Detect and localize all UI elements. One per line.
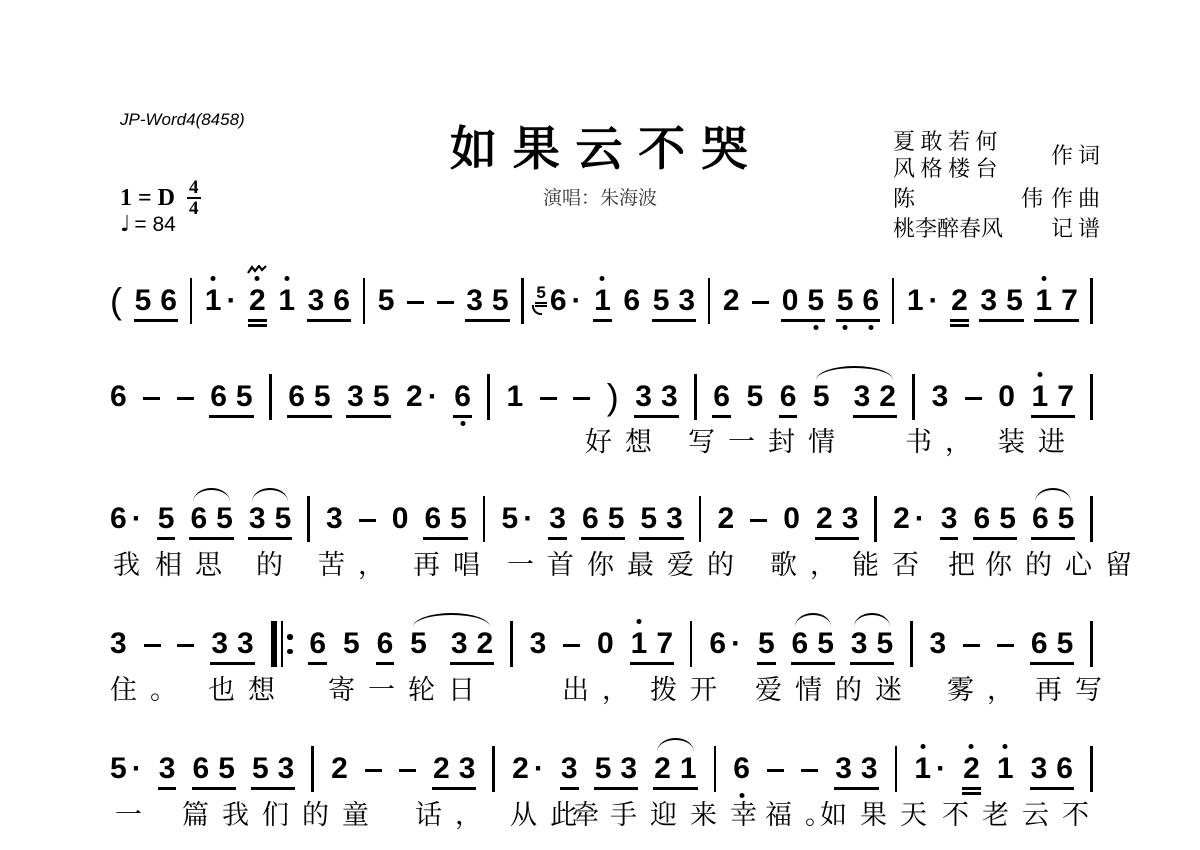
slur-group: 532 bbox=[813, 382, 896, 412]
note-digit-wrap: 5 bbox=[236, 382, 253, 412]
barline bbox=[1090, 374, 1093, 420]
note-digit: 3 bbox=[466, 286, 483, 316]
beamed-note-group: 05 bbox=[782, 286, 824, 316]
note-digit-wrap: 3 bbox=[635, 382, 652, 412]
lyric-text: 能否 bbox=[852, 543, 932, 582]
octave-dot-above bbox=[1037, 372, 1042, 377]
note-digit: 5 bbox=[135, 286, 152, 316]
beamed-note-group: 65 bbox=[792, 629, 834, 659]
note-digit-wrap: 3 bbox=[326, 504, 343, 534]
note-digit: 1 bbox=[594, 286, 611, 316]
slur-group: 65 bbox=[792, 629, 834, 659]
note-digit-wrap: 7 bbox=[1057, 382, 1074, 412]
beamed-note-group: 65 bbox=[193, 754, 235, 784]
note: 5 bbox=[378, 286, 395, 316]
note-digit-wrap: 5 bbox=[1057, 629, 1074, 659]
note: 5· bbox=[110, 754, 142, 784]
barline bbox=[699, 496, 702, 542]
beamed-note-group: 17 bbox=[1032, 382, 1074, 412]
note-digit: 2 bbox=[723, 286, 740, 316]
duration-dash bbox=[177, 644, 194, 647]
note-digit-wrap: 5 bbox=[817, 629, 834, 659]
note: 2 bbox=[249, 286, 266, 316]
note-digit-wrap: 3 bbox=[930, 629, 947, 659]
note-digit: 2 bbox=[717, 504, 734, 534]
note-digit: 5 bbox=[450, 504, 467, 534]
beamed-note-group: 17 bbox=[631, 629, 673, 659]
note: 6 bbox=[377, 629, 394, 659]
beamed-note-group: 32 bbox=[854, 382, 896, 412]
note-digit-wrap: 5 bbox=[110, 754, 127, 784]
note-digit-wrap: 5 bbox=[135, 286, 152, 316]
augmentation-dot: · bbox=[132, 504, 142, 534]
note-digit-wrap: 6 bbox=[193, 754, 210, 784]
note-digit: 5 bbox=[343, 629, 360, 659]
score-line: 5·365532232·353216331·2136 bbox=[110, 750, 1093, 784]
note-digit-wrap: 0 bbox=[998, 382, 1015, 412]
note: 5 bbox=[343, 629, 360, 659]
note-digit: 3 bbox=[530, 629, 547, 659]
duration-dash bbox=[563, 644, 580, 647]
note-digit: 6 bbox=[550, 286, 567, 316]
beamed-note-group: 53 bbox=[252, 754, 294, 784]
note-digit-wrap: 5 bbox=[837, 286, 854, 316]
note-digit-wrap: 3 bbox=[249, 504, 266, 534]
barline bbox=[708, 278, 711, 324]
slur-group: 35 bbox=[249, 504, 291, 534]
note-digit-wrap: 6 bbox=[190, 504, 207, 534]
note-digit-wrap: 3 bbox=[851, 629, 868, 659]
note: 3 bbox=[326, 504, 343, 534]
lyric-text: 出， bbox=[562, 668, 642, 707]
note-digit: 5 bbox=[1058, 504, 1075, 534]
note-digit-wrap: 3 bbox=[678, 286, 695, 316]
note-digit: 6 bbox=[1032, 504, 1049, 534]
note-digit-wrap: 1 bbox=[997, 754, 1014, 784]
note-digit: 3 bbox=[308, 286, 325, 316]
note-digit: 5 bbox=[653, 286, 670, 316]
beamed-note-group: 33 bbox=[635, 382, 677, 412]
barline bbox=[1090, 278, 1093, 324]
note-digit-wrap: 3 bbox=[549, 504, 566, 534]
note: 2 bbox=[951, 286, 968, 316]
octave-dot-above bbox=[600, 276, 605, 281]
lyric-text: 书， bbox=[905, 420, 985, 459]
duration-dash bbox=[965, 397, 982, 400]
note-digit: 1 bbox=[907, 286, 924, 316]
note-digit: 3 bbox=[326, 504, 343, 534]
note: 5 bbox=[813, 382, 830, 412]
note: 6 bbox=[780, 382, 797, 412]
note-digit: 3 bbox=[1031, 754, 1048, 784]
duration-dash bbox=[767, 769, 784, 772]
barline bbox=[910, 621, 913, 667]
beamed-note-group: 65 bbox=[424, 504, 466, 534]
note-digit-wrap: 2 bbox=[893, 504, 910, 534]
note-digit: 3 bbox=[666, 504, 683, 534]
barline bbox=[492, 746, 495, 792]
note-digit-wrap: 6 bbox=[709, 629, 726, 659]
repeat-thin-bar bbox=[281, 621, 283, 667]
note-digit: 3 bbox=[561, 754, 578, 784]
note-digit: 3 bbox=[635, 382, 652, 412]
note: 0 bbox=[783, 504, 800, 534]
slur-group: 65 bbox=[1032, 504, 1074, 534]
beamed-note-group: 65 bbox=[582, 504, 624, 534]
grace-slur-tail bbox=[532, 305, 542, 315]
note-digit-wrap: 0 bbox=[597, 629, 614, 659]
note-digit: 5 bbox=[218, 754, 235, 784]
octave-dot-below bbox=[868, 325, 873, 330]
lyric-text: 写一封情 bbox=[688, 420, 848, 459]
note-digit: 3 bbox=[211, 629, 228, 659]
octave-dot-above bbox=[636, 619, 641, 624]
note-digit-wrap: 6 bbox=[288, 382, 305, 412]
note-digit: 3 bbox=[932, 382, 949, 412]
note-digit: 6 bbox=[623, 286, 640, 316]
note: 2· bbox=[406, 382, 438, 412]
note-digit: 0 bbox=[597, 629, 614, 659]
barline bbox=[892, 278, 895, 324]
note-digit: 5 bbox=[502, 504, 519, 534]
beamed-note-group: 53 bbox=[653, 286, 695, 316]
note: 0 bbox=[998, 382, 1015, 412]
note: 3 bbox=[941, 504, 958, 534]
lyric-text: 不老云不 bbox=[942, 793, 1102, 832]
note-digit: 5 bbox=[608, 504, 625, 534]
lyrics-line: 住。也想寄一轮日出，拨开爱情的迷雾，再写 bbox=[110, 668, 1130, 704]
beamed-note-group: 65 bbox=[288, 382, 330, 412]
beamed-note-group: 53 bbox=[640, 504, 682, 534]
lyric-text: 我 bbox=[113, 543, 153, 582]
note-digit: 6 bbox=[733, 754, 750, 784]
note: 6 bbox=[309, 629, 326, 659]
repeat-thick-bar bbox=[271, 621, 277, 667]
note-digit: 5 bbox=[110, 754, 127, 784]
note-digit: 2 bbox=[406, 382, 423, 412]
note-digit: 3 bbox=[159, 754, 176, 784]
barline bbox=[1090, 746, 1093, 792]
note-digit-wrap: 5 bbox=[1058, 504, 1075, 534]
note-digit-wrap: 3 bbox=[451, 629, 468, 659]
note-digit-wrap: 5 bbox=[378, 286, 395, 316]
note-digit: 6 bbox=[974, 504, 991, 534]
lyric-text: 话， bbox=[415, 793, 495, 832]
note-digit: 6 bbox=[309, 629, 326, 659]
note-digit-wrap: 0 bbox=[782, 286, 799, 316]
note-digit: 7 bbox=[1061, 286, 1078, 316]
note-digit: 2 bbox=[963, 754, 980, 784]
note-digit: 5 bbox=[758, 629, 775, 659]
lyrics-line: 我相思的苦，再唱一首你最爱的歌，能否把你的心留 bbox=[110, 543, 1130, 579]
note-digit: 3 bbox=[110, 629, 127, 659]
beamed-note-group: 35 bbox=[851, 629, 893, 659]
note-digit-wrap: 5 bbox=[502, 504, 519, 534]
lyric-text: 雾， bbox=[947, 668, 1027, 707]
lyric-text: 苦， bbox=[318, 543, 398, 582]
note-digit-wrap: 1 bbox=[507, 382, 524, 412]
note-digit: 6 bbox=[190, 504, 207, 534]
duration-dash bbox=[573, 397, 590, 400]
note-digit-wrap: 5 bbox=[999, 504, 1016, 534]
note-digit: 5 bbox=[492, 286, 509, 316]
beamed-note-group: 65 bbox=[190, 504, 232, 534]
note-digit: 5 bbox=[837, 286, 854, 316]
note-digit: 5 bbox=[807, 286, 824, 316]
note-digit-wrap: 6 bbox=[110, 382, 127, 412]
beamed-note-group: 65 bbox=[1032, 504, 1074, 534]
note-digit: 3 bbox=[930, 629, 947, 659]
note-digit-wrap: 6 bbox=[623, 286, 640, 316]
beamed-note-group: 65 bbox=[1031, 629, 1073, 659]
note-digit: 6 bbox=[862, 286, 879, 316]
note: 5 bbox=[410, 629, 427, 659]
note-digit: 2 bbox=[893, 504, 910, 534]
note: 1 bbox=[278, 286, 295, 316]
beamed-note-group: 32 bbox=[451, 629, 493, 659]
duration-dash bbox=[540, 397, 557, 400]
note-digit-wrap: 5 bbox=[252, 754, 269, 784]
duration-dash bbox=[144, 644, 161, 647]
note-digit-wrap: 3 bbox=[159, 754, 176, 784]
note-digit: 7 bbox=[656, 629, 673, 659]
note-digit-wrap: 6 bbox=[713, 382, 730, 412]
note: 2 bbox=[331, 754, 348, 784]
note-digit: 3 bbox=[842, 504, 859, 534]
note-digit: 0 bbox=[998, 382, 1015, 412]
note-digit-wrap: 6 bbox=[110, 504, 127, 534]
note: 3 bbox=[561, 754, 578, 784]
note-digit-wrap: 5 bbox=[343, 629, 360, 659]
note-digit: 1 bbox=[205, 286, 222, 316]
note: 5 bbox=[746, 382, 763, 412]
lyric-text: 的 bbox=[256, 543, 296, 582]
note-digit-wrap: 6 bbox=[1032, 504, 1049, 534]
note-digit: 5 bbox=[640, 504, 657, 534]
note-digit-wrap: 5 bbox=[595, 754, 612, 784]
octave-dot-above bbox=[211, 276, 216, 281]
repeat-dot bbox=[287, 634, 293, 640]
lyrics-line: 好想写一封情书，装进 bbox=[110, 420, 1130, 456]
note-digit: 5 bbox=[314, 382, 331, 412]
note-digit-wrap: 1 bbox=[278, 286, 295, 316]
note: 1· bbox=[205, 286, 237, 316]
octave-dot-above bbox=[1041, 276, 1046, 281]
note-digit: 1 bbox=[997, 754, 1014, 784]
note-digit-wrap: 6 bbox=[550, 286, 567, 316]
note: 6 bbox=[713, 382, 730, 412]
augmentation-dot: · bbox=[428, 382, 438, 412]
augmentation-dot: · bbox=[226, 286, 236, 316]
note-digit: 1 bbox=[1032, 382, 1049, 412]
note-digit-wrap: 3 bbox=[842, 504, 859, 534]
note-digit: 5 bbox=[158, 504, 175, 534]
note-digit: 3 bbox=[661, 382, 678, 412]
note-digit: 6 bbox=[377, 629, 394, 659]
octave-dot-above bbox=[284, 276, 289, 281]
lyrics-line: 一篇我们的童话，从此牵手迎来幸福。如果天不老云不 bbox=[110, 793, 1130, 829]
lyric-text: 篇我们的童 bbox=[182, 793, 382, 832]
note-digit-wrap: 1 bbox=[914, 754, 931, 784]
beamed-note-group: 33 bbox=[835, 754, 877, 784]
note-digit-wrap: 5 bbox=[218, 754, 235, 784]
note-digit: 5 bbox=[410, 629, 427, 659]
beamed-note-group: 36 bbox=[308, 286, 350, 316]
lyric-text: 首你最爱的 bbox=[547, 543, 747, 582]
note-digit-wrap: 6 bbox=[309, 629, 326, 659]
note-digit: 6 bbox=[424, 504, 441, 534]
note-digit-wrap: 5 bbox=[410, 629, 427, 659]
note-digit: 5 bbox=[252, 754, 269, 784]
beamed-note-group: 21 bbox=[654, 754, 696, 784]
parenthesis: ( bbox=[110, 284, 122, 318]
barline bbox=[1090, 496, 1093, 542]
beamed-note-group: 17 bbox=[1035, 286, 1077, 316]
lyric-text: 把 bbox=[948, 543, 988, 582]
note-digit: 6 bbox=[1031, 629, 1048, 659]
note-digit-wrap: 3 bbox=[466, 286, 483, 316]
lyric-text: 拨开 bbox=[650, 668, 730, 707]
note-digit: 2 bbox=[249, 286, 266, 316]
note-digit: 6 bbox=[193, 754, 210, 784]
note-digit-wrap: 6 bbox=[780, 382, 797, 412]
note-digit-wrap: 3 bbox=[1031, 754, 1048, 784]
note-digit: 5 bbox=[378, 286, 395, 316]
note: 3 bbox=[930, 629, 947, 659]
lyric-text: 天 bbox=[900, 793, 940, 832]
note-digit: 3 bbox=[854, 382, 871, 412]
repeat-dots bbox=[287, 621, 293, 667]
note-digit: 1 bbox=[631, 629, 648, 659]
note-digit-wrap: 0 bbox=[392, 504, 409, 534]
note-digit: 5 bbox=[1057, 629, 1074, 659]
note-digit-wrap: 6 bbox=[333, 286, 350, 316]
note-digit-wrap: 6 bbox=[454, 382, 471, 412]
note-digit-wrap: 5 bbox=[813, 382, 830, 412]
duration-dash bbox=[437, 301, 454, 304]
note-digit-wrap: 3 bbox=[459, 754, 476, 784]
note: 6· bbox=[709, 629, 741, 659]
duration-dash bbox=[752, 301, 769, 304]
note-digit: 1 bbox=[1035, 286, 1052, 316]
note-digit: 2 bbox=[433, 754, 450, 784]
duration-dash bbox=[359, 519, 376, 522]
note-digit: 2 bbox=[654, 754, 671, 784]
note-digit: 5 bbox=[236, 382, 253, 412]
note-digit-wrap: 5 bbox=[373, 382, 390, 412]
barline bbox=[694, 374, 697, 420]
note-digit-wrap: 5 bbox=[314, 382, 331, 412]
note-digit: 3 bbox=[941, 504, 958, 534]
note-digit: 5 bbox=[1006, 286, 1023, 316]
augmentation-dot: · bbox=[534, 754, 544, 784]
barline bbox=[190, 278, 193, 324]
note: 2· bbox=[512, 754, 544, 784]
note: 1 bbox=[507, 382, 524, 412]
barline bbox=[269, 374, 272, 420]
note: 1· bbox=[907, 286, 939, 316]
note-digit: 5 bbox=[813, 382, 830, 412]
note-digit-wrap: 6 bbox=[160, 286, 177, 316]
barline bbox=[307, 496, 310, 542]
note-digit: 3 bbox=[459, 754, 476, 784]
note-digit: 0 bbox=[783, 504, 800, 534]
duration-dash bbox=[750, 519, 767, 522]
beamed-note-group: 35 bbox=[466, 286, 508, 316]
note-digit-wrap: 5 bbox=[807, 286, 824, 316]
note-digit-wrap: 6 bbox=[862, 286, 879, 316]
lyric-text: 爱情的迷 bbox=[755, 668, 915, 707]
note: 1 bbox=[594, 286, 611, 316]
note: 6 bbox=[623, 286, 640, 316]
augmentation-dot: · bbox=[936, 754, 946, 784]
beamed-note-group: 56 bbox=[837, 286, 879, 316]
note-digit-wrap: 1 bbox=[1032, 382, 1049, 412]
octave-dot-above bbox=[255, 276, 260, 281]
note-digit-wrap: 5 bbox=[216, 504, 233, 534]
beamed-note-group: 35 bbox=[249, 504, 291, 534]
note-digit-wrap: 3 bbox=[530, 629, 547, 659]
note-digit: 6 bbox=[210, 382, 227, 412]
note-digit-wrap: 3 bbox=[854, 382, 871, 412]
duration-dash bbox=[399, 769, 416, 772]
note-digit-wrap: 5 bbox=[158, 504, 175, 534]
note-digit: 6 bbox=[582, 504, 599, 534]
lyric-text: 寄一轮日 bbox=[328, 668, 488, 707]
note-digit-wrap: 6 bbox=[582, 504, 599, 534]
note-digit-wrap: 1 bbox=[631, 629, 648, 659]
note-digit-wrap: 6 bbox=[210, 382, 227, 412]
note-digit: 6 bbox=[792, 629, 809, 659]
lyric-text: 住。 bbox=[110, 668, 190, 707]
note-digit: 1 bbox=[914, 754, 931, 784]
note-digit-wrap: 5 bbox=[492, 286, 509, 316]
note-digit-wrap: 2 bbox=[406, 382, 423, 412]
note-digit-wrap: 2 bbox=[512, 754, 529, 784]
repeat-begin-sign bbox=[271, 621, 293, 667]
note: 3 bbox=[159, 754, 176, 784]
note-digit-wrap: 6 bbox=[733, 754, 750, 784]
note-digit: 2 bbox=[512, 754, 529, 784]
note-digit: 5 bbox=[275, 504, 292, 534]
note-digit-wrap: 3 bbox=[661, 382, 678, 412]
beamed-note-group: 65 bbox=[210, 382, 252, 412]
note-digit: 5 bbox=[817, 629, 834, 659]
note-digit: 1 bbox=[507, 382, 524, 412]
note-digit-wrap: 5 bbox=[450, 504, 467, 534]
note: 2· bbox=[893, 504, 925, 534]
note-digit: 6 bbox=[454, 382, 471, 412]
note: 3 bbox=[932, 382, 949, 412]
note-digit-wrap: 2 bbox=[433, 754, 450, 784]
tremolo-icon bbox=[247, 265, 267, 274]
note-digit-wrap: 5 bbox=[758, 629, 775, 659]
note-digit-wrap: 3 bbox=[561, 754, 578, 784]
beamed-note-group: 65 bbox=[974, 504, 1016, 534]
score-line: 33365653230176·56535365 bbox=[110, 625, 1093, 659]
barline bbox=[487, 374, 490, 420]
note-digit-wrap: 2 bbox=[816, 504, 833, 534]
note-digit-wrap: 1 bbox=[907, 286, 924, 316]
note-digit-wrap: 2 bbox=[723, 286, 740, 316]
note-digit-wrap: 2 bbox=[331, 754, 348, 784]
barline bbox=[912, 374, 915, 420]
note-digit: 5 bbox=[746, 382, 763, 412]
duration-dash bbox=[801, 769, 818, 772]
barline bbox=[714, 746, 717, 792]
augmentation-dot: · bbox=[929, 286, 939, 316]
augmentation-dot: · bbox=[731, 629, 741, 659]
